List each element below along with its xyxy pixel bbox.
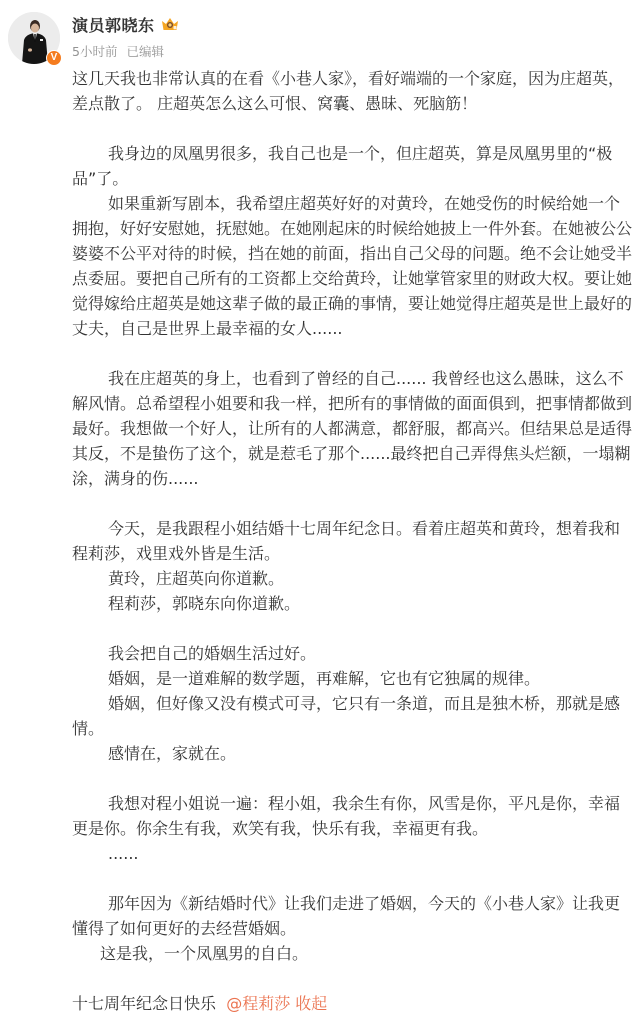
paragraph-spacer — [72, 341, 632, 366]
post-meta: 5小时前 已编辑 — [72, 42, 164, 60]
paragraph: 我会把自己的婚姻生活过好。 — [72, 641, 632, 666]
paragraph-spacer — [72, 491, 632, 516]
paragraph: 我想对程小姐说一遍：程小姐，我余生有你，风雪是你，平凡是你，幸福更是你。你余生有… — [72, 791, 632, 841]
paragraph: 我在庄超英的身上，也看到了曾经的自己...... 我曾经也这么愚昧，这么不解风情… — [72, 366, 632, 491]
anniversary-text: 十七周年纪念日快乐 — [72, 994, 216, 1013]
paragraph: 婚姻，是一道难解的数学题，再难解，它也有它独属的规律。 — [72, 666, 632, 691]
username-row: 演员郭晓东 — [72, 12, 180, 36]
paragraph: 今天，是我跟程小姐结婚十七周年纪念日。看着庄超英和黄玲，想着我和程莉莎，戏里戏外… — [72, 516, 632, 566]
post-footer: 十七周年纪念日快乐 @程莉莎 收起 — [72, 991, 632, 1014]
post-header: V 演员郭晓东 5小时前 已编辑 — [0, 0, 640, 64]
author-name[interactable]: 演员郭晓东 — [72, 13, 155, 36]
verified-v-icon: V — [46, 50, 62, 66]
paragraph: 我身边的凤凰男很多，我自己也是一个，但庄超英，算是凤凰男里的“极品”了。 — [72, 141, 632, 191]
paragraph-spacer — [72, 116, 632, 141]
paragraph: ...... — [72, 841, 632, 866]
post-time[interactable]: 5小时前 — [72, 42, 117, 60]
paragraph-spacer — [72, 866, 632, 891]
paragraph: 感情在，家就在。 — [72, 741, 632, 766]
paragraph: 婚姻，但好像又没有模式可寻，它只有一条道，而且是独木桥，那就是感情。 — [72, 691, 632, 741]
crown-member-icon[interactable] — [160, 16, 180, 32]
paragraph-spacer — [72, 966, 632, 991]
paragraph: 那年因为《新结婚时代》让我们走进了婚姻，今天的《小巷人家》让我更懂得了如何更好的… — [72, 891, 632, 941]
paragraph: 这是我，一个凤凰男的自白。 — [72, 941, 632, 966]
paragraph: 这几天我也非常认真的在看《小巷人家》，看好端端的一个家庭，因为庄超英，差点散了。… — [72, 66, 632, 116]
mention-link[interactable]: @程莉莎 — [226, 994, 290, 1013]
paragraph: 黄玲，庄超英向你道歉。 — [72, 566, 632, 591]
post-body: 这几天我也非常认真的在看《小巷人家》，看好端端的一个家庭，因为庄超英，差点散了。… — [72, 66, 632, 1014]
paragraph: 程莉莎，郭晓东向你道歉。 — [72, 591, 632, 616]
paragraph-spacer — [72, 766, 632, 791]
paragraph-spacer — [72, 616, 632, 641]
collapse-button[interactable]: 收起 — [295, 994, 327, 1013]
paragraph: 如果重新写剧本，我希望庄超英好好的对黄玲，在她受伤的时候给她一个拥抱，好好安慰她… — [72, 191, 632, 341]
edited-label[interactable]: 已编辑 — [126, 42, 164, 60]
